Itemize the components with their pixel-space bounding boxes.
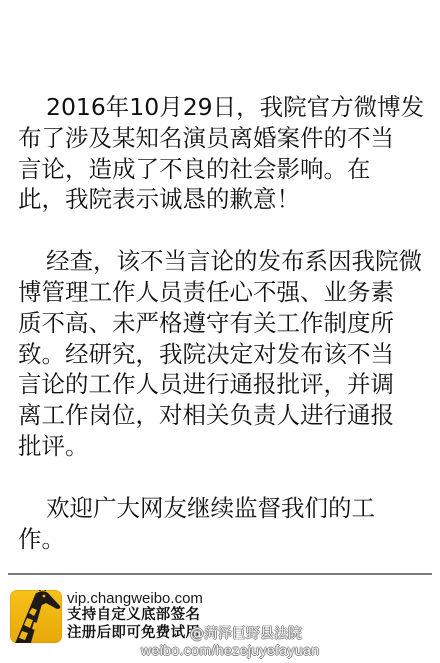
promo-line-free-trial: 注册后即可免费试用 xyxy=(67,625,203,643)
apology-statement: 2016年10月29日，我院官方微博发 布了涉及某知名演员离婚案件的不当 言论，… xyxy=(18,92,428,585)
text-line: 布了涉及某知名演员离婚案件的不当 xyxy=(18,123,428,154)
footer-divider xyxy=(8,573,432,575)
text-line: 言论，造成了不良的社会影响。在 xyxy=(18,154,428,185)
text-line: 2016年10月29日，我院官方微博发 xyxy=(18,92,428,123)
text-line: 博管理工作人员责任心不强、业务素 xyxy=(18,277,428,308)
changweibo-promo: vip.changweibo.com 支持自定义底部签名 注册后即可免费试用 xyxy=(67,590,203,642)
promo-line-custom-signature: 支持自定义底部签名 xyxy=(67,607,203,625)
giraffe-logo-icon xyxy=(10,590,62,643)
signature-footer: vip.changweibo.com 支持自定义底部签名 注册后即可免费试用 @… xyxy=(0,576,440,663)
text-line: 经查，该不当言论的发布系因我院微 xyxy=(18,246,428,277)
text-line: 致。经研究，我院决定对发布该不当 xyxy=(18,339,428,370)
text-line: 此，我院表示诚恳的歉意！ xyxy=(18,184,428,215)
paragraph-apology: 2016年10月29日，我院官方微博发 布了涉及某知名演员离婚案件的不当 言论，… xyxy=(18,92,428,215)
text-line: 批评。 xyxy=(18,431,428,462)
text-line: 作。 xyxy=(18,524,428,555)
text-line: 言论的工作人员进行通报批评，并调 xyxy=(18,369,428,400)
promo-url[interactable]: vip.changweibo.com xyxy=(67,590,203,607)
text-line: 离工作岗位，对相关负责人进行通报 xyxy=(18,400,428,431)
weibo-watermark-handle: @菏泽巨野县法院 xyxy=(190,626,302,642)
text-line: 质不高、未严格遵守有关工作制度所 xyxy=(18,308,428,339)
text-line: 欢迎广大网友继续监督我们的工 xyxy=(18,493,428,524)
paragraph-investigation: 经查，该不当言论的发布系因我院微 博管理工作人员责任心不强、业务素 质不高、未严… xyxy=(18,246,428,462)
paragraph-welcome: 欢迎广大网友继续监督我们的工 作。 xyxy=(18,493,428,555)
weibo-watermark-url: weibo.com/hezejuyefayuan xyxy=(141,642,319,658)
